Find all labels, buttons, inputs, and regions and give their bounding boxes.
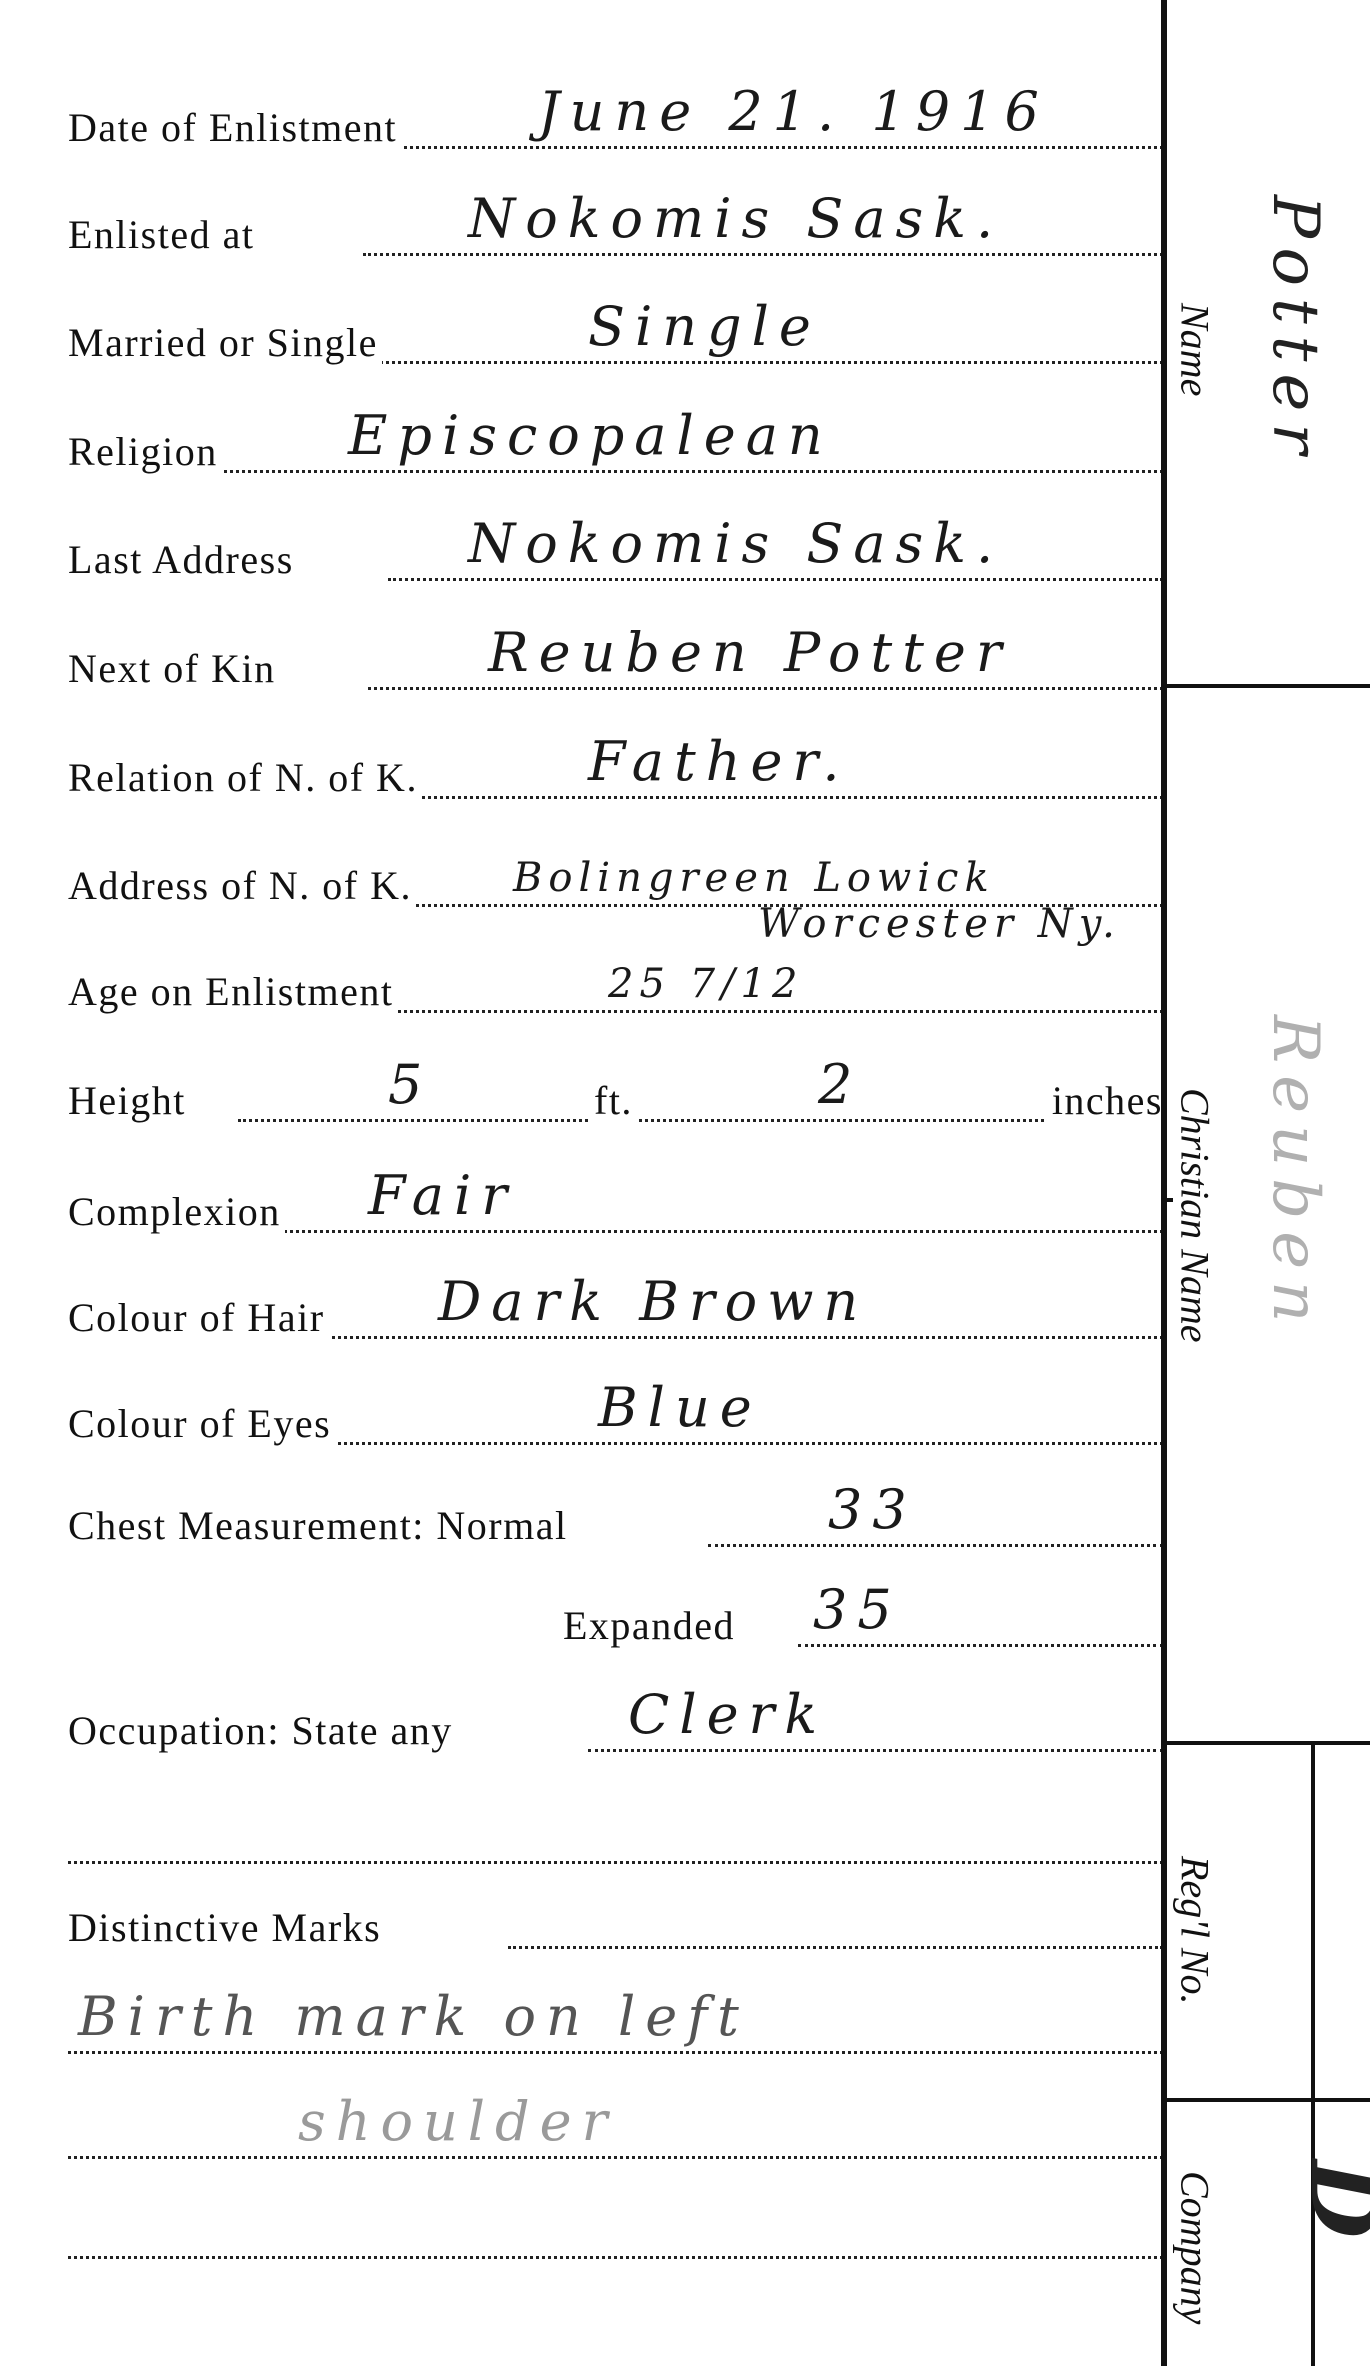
dotted-line xyxy=(508,1946,1163,1949)
regl-no-value[interactable] xyxy=(1320,1760,1368,2080)
field-label: Occupation: State any xyxy=(68,1707,457,1754)
height-inches-value[interactable]: 2 xyxy=(818,1053,862,1116)
field-label: Chest Measurement: Normal xyxy=(68,1502,572,1549)
field-label: Distinctive Marks xyxy=(68,1904,385,1951)
field-label: Last Address xyxy=(68,536,298,583)
distinctive-marks-line-2: shoulder xyxy=(68,2105,1163,2165)
field-value[interactable]: Clerk xyxy=(628,1683,827,1746)
field-value[interactable]: Dark Brown xyxy=(438,1270,868,1333)
field-value[interactable]: Episcopalean xyxy=(348,404,833,467)
name-label: Name xyxy=(1172,270,1218,430)
dotted-line xyxy=(368,687,1163,690)
field-value[interactable]: Nokomis Sask. xyxy=(468,512,1003,575)
field-value[interactable]: Father. xyxy=(588,730,849,793)
field-occupation: Occupation: State any Clerk xyxy=(68,1698,1163,1758)
dotted-line xyxy=(68,2156,1163,2159)
field-label: Expanded xyxy=(563,1602,739,1649)
field-chest-normal: Chest Measurement: Normal 33 xyxy=(68,1493,1163,1553)
christian-name-label: Christian Name xyxy=(1172,1035,1218,1395)
field-age-on-enlistment: Age on Enlistment 25 7/12 xyxy=(68,959,1163,1019)
field-next-of-kin: Next of Kin Reuben Potter xyxy=(68,636,1163,696)
field-label: Enlisted at xyxy=(68,211,258,258)
dotted-line xyxy=(68,1861,1163,1864)
attestation-card: Date of Enlistment June 21. 1916 Enliste… xyxy=(0,0,1370,2366)
field-address-of-next-of-kin: Address of N. of K. Bolingreen Lowick Wo… xyxy=(68,853,1163,913)
dotted-line xyxy=(388,578,1163,581)
field-label: Age on Enlistment xyxy=(68,968,397,1015)
surname-value[interactable]: Potter xyxy=(1225,50,1365,610)
field-colour-of-eyes: Colour of Eyes Blue xyxy=(68,1391,1163,1451)
field-label: Complexion xyxy=(68,1188,285,1235)
christian-name-value[interactable]: Reuben xyxy=(1225,850,1365,1500)
field-married-or-single: Married or Single Single xyxy=(68,310,1163,370)
field-label: Height xyxy=(68,1077,190,1124)
field-date-of-enlistment: Date of Enlistment June 21. 1916 xyxy=(68,95,1163,155)
field-value[interactable]: Blue xyxy=(598,1376,762,1439)
dotted-line xyxy=(68,2051,1163,2054)
field-relation-of-next-of-kin: Relation of N. of K. Father. xyxy=(68,745,1163,805)
field-distinctive-marks: Distinctive Marks xyxy=(68,1895,1163,1955)
field-value[interactable]: June 21. 1916 xyxy=(538,80,1049,143)
field-label: Colour of Hair xyxy=(68,1294,329,1341)
value-column-divider xyxy=(1311,1741,1315,2366)
field-label: Married or Single xyxy=(68,319,382,366)
distinctive-marks-line-1: Birth mark on left xyxy=(68,2000,1163,2060)
inches-unit-label: inches xyxy=(1046,1077,1169,1124)
field-label: Religion xyxy=(68,428,222,475)
dotted-line xyxy=(238,1119,1163,1122)
company-label: Company xyxy=(1172,2130,1218,2366)
field-colour-of-hair: Colour of Hair Dark Brown xyxy=(68,1285,1163,1345)
field-label: Relation of N. of K. xyxy=(68,754,422,801)
field-enlisted-at: Enlisted at Nokomis Sask. xyxy=(68,202,1163,262)
field-value[interactable]: Birth mark on left xyxy=(78,1985,749,2048)
field-chest-expanded: Expanded 35 xyxy=(68,1593,1163,1653)
field-value[interactable]: Single xyxy=(588,295,821,358)
height-feet-value[interactable]: 5 xyxy=(388,1053,432,1116)
field-religion: Religion Episcopalean xyxy=(68,419,1163,479)
field-label: Address of N. of K. xyxy=(68,862,416,909)
field-value[interactable]: Fair xyxy=(368,1164,517,1227)
strip-divider xyxy=(1161,0,1167,2366)
dotted-line xyxy=(588,1749,1163,1752)
field-value[interactable]: Nokomis Sask. xyxy=(468,187,1003,250)
name-section-divider xyxy=(1163,684,1370,688)
field-last-address: Last Address Nokomis Sask. xyxy=(68,527,1163,587)
field-value-line2[interactable]: Worcester Ny. xyxy=(758,901,1121,947)
dotted-line xyxy=(68,2256,1163,2259)
field-complexion: Complexion Fair xyxy=(68,1179,1163,1239)
regl-section-divider xyxy=(1167,1741,1370,1745)
company-value[interactable]: D xyxy=(1316,2130,1370,2280)
field-occupation-continued xyxy=(68,1810,1163,1870)
field-height: Height 5 ft. 2 inches xyxy=(68,1068,1163,1128)
field-value[interactable]: 35 xyxy=(813,1578,902,1641)
field-value[interactable]: shoulder xyxy=(298,2090,617,2153)
field-value[interactable]: 25 7/12 xyxy=(608,961,803,1007)
field-value[interactable]: 33 xyxy=(828,1478,917,1541)
field-value[interactable]: Bolingreen Lowick xyxy=(513,855,995,901)
field-value[interactable]: Reuben Potter xyxy=(488,621,1012,684)
dotted-line xyxy=(68,470,1163,473)
distinctive-marks-line-3 xyxy=(68,2205,1163,2265)
dotted-line xyxy=(363,253,1163,256)
feet-unit-label: ft. xyxy=(588,1077,639,1124)
dotted-line xyxy=(798,1644,1163,1647)
company-section-divider xyxy=(1167,2098,1370,2102)
dotted-line xyxy=(708,1544,1163,1547)
field-label: Colour of Eyes xyxy=(68,1400,335,1447)
field-label: Date of Enlistment xyxy=(68,104,401,151)
field-label: Next of Kin xyxy=(68,645,280,692)
regl-no-label: Reg'l No. xyxy=(1172,1795,1218,2065)
